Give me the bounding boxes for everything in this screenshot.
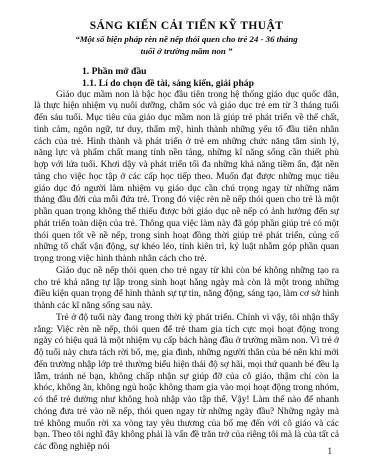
document-subtitle: “Một số biện pháp rèn nề nếp thói quen c… xyxy=(71,34,303,57)
document-page: SÁNG KIẾN CẢI TIẾN KỸ THUẬT “Một số biện… xyxy=(0,0,366,473)
paragraph-2: Giáo dục nề nếp thói quen cho trẻ ngay t… xyxy=(34,266,339,313)
paragraph-1: Giáo dục mầm non là bậc học đầu tiên tro… xyxy=(34,90,339,266)
page-number: 1 xyxy=(328,446,333,456)
document-title: SÁNG KIẾN CẢI TIẾN KỸ THUẬT xyxy=(34,20,339,33)
paragraph-3: Trẻ ở độ tuổi này đang trong thời kỳ phá… xyxy=(34,313,339,454)
section-heading: 1. Phần mở đầu xyxy=(82,66,339,78)
subsection-heading: 1.1. Lí do chọn đề tài, sáng kiến, giải … xyxy=(82,78,339,90)
